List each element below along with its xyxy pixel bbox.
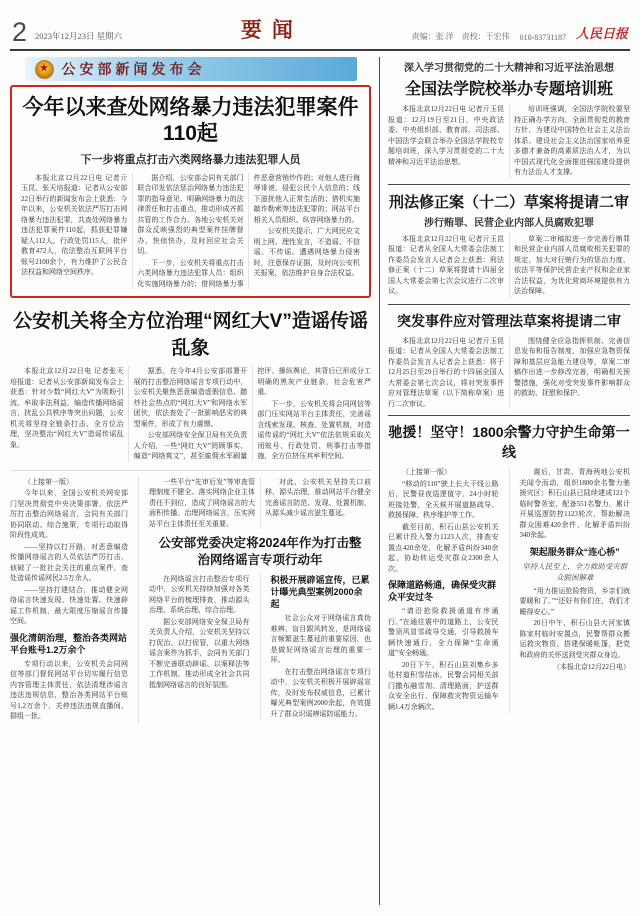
criminal-law-subtitle: 涉行贿罪、民营企业内部人员腐败犯罪	[388, 214, 630, 229]
peoples-daily-logo: 人民日报	[576, 23, 628, 42]
emergency-law-headline: 突发事件应对管理法草案将提请二审	[388, 311, 630, 331]
page-number: 2	[12, 22, 27, 44]
banner-label: 公安部新闻发布会	[62, 59, 206, 79]
bottom-col1-rest: 专项行动以来，公安机关会同网信等部门督促网站平台切实履行信息内容管理主体责任，依…	[10, 659, 128, 722]
bottom-colA: 在网络谣言打击整治专项行动中，公安机关持续加强对各类网络平台的梳理排查，推动源头…	[149, 574, 250, 720]
emergency-law-body: 本报北京12月22日电 记者亓玉昆报道：记者从全国人大常委会法制工作委员会发言人…	[388, 336, 630, 410]
rescue-columns: （上接第一版）“移动的110”驶上长大干线公路后，民警昼夜巡逻值守，24小时轮班…	[388, 467, 630, 713]
bottom-colB-subhead: 积极开展辟谣宣传，已累计曝光典型案例2000余起	[271, 574, 372, 610]
press-conference-banner: ★ 公安部新闻发布会	[25, 57, 357, 81]
article-criminal-law: 刑法修正案（十二）草案将提请二审 涉行贿罪、民营企业内部人员腐败犯罪 本报北京1…	[388, 184, 630, 304]
rescue-right-col: 震后，甘肃、青海两地公安机关闻令而动，组织1800余名警力驰援灾区；积石山县已陆…	[509, 467, 631, 713]
article-rescue: 驰援！坚守！1800余警力守护生命第一线 （上接第一版）“移动的110”驶上长大…	[388, 415, 630, 719]
contact-phone: 010-83731187	[520, 33, 566, 42]
page-header: 2 2023年12月23日 星期六 要闻 责编：张 洋 责校：于宏伟 010-8…	[10, 6, 630, 51]
lead-subtitle: 下一步将重点打击六类网络暴力违法犯罪人员	[21, 151, 360, 167]
bottom-colB: 积极开展辟谣宣传，已累计曝光典型案例2000余起 社会公众对于网络谣言真伪难辨、…	[260, 574, 372, 720]
article2-body: 本报北京12月22日电 记者张天培报道：记者从公安部新闻发布会上获悉：针对少数“…	[10, 366, 371, 462]
editor-credits: 责编：张 洋 责校：于宏伟	[412, 31, 510, 42]
header-left: 2 2023年12月23日 星期六	[12, 22, 122, 44]
bottom-right-wrap: 一些平台“先审后发”等审查管理制度不健全、落实网络企业主体责任不到位，造成了网络…	[138, 477, 371, 723]
bottom-col1-text: （上接第一版）今年以来，全国公安机关网安部门坚决贯彻党中央决策部署，依法严厉打击…	[10, 477, 128, 627]
rescue-right-lede: 坚持人民至上，全力救助受灾群众脱困解难	[520, 561, 631, 583]
bottom-colA-text: 在网络谣言打击整治专项行动中，公安机关持续加强对各类网络平台的梳理排查，推动源头…	[149, 574, 250, 691]
newspaper-page: 2 2023年12月23日 星期六 要闻 责编：张 洋 责校：于宏伟 010-8…	[0, 0, 640, 916]
publication-date: 2023年12月23日 星期六	[35, 30, 122, 44]
bottom-col1-subhead: 强化清朗治理，整治各类网站平台账号1.2万余个	[10, 632, 128, 656]
page-body: ★ 公安部新闻发布会 今年以来查处网络暴力违法犯罪案件110起 下一步将重点打击…	[10, 57, 630, 905]
article2-headline: 公安机关将全方位治理“网红大V”造谣传谣乱象	[10, 306, 371, 360]
law-schools-body: 本报北京12月22日电 记者亓玉昆报道：12月19日至21日，中央政法委、中央组…	[388, 104, 630, 178]
left-region: ★ 公安部新闻发布会 今年以来查处网络暴力违法犯罪案件110起 下一步将重点打击…	[10, 57, 379, 905]
rescue-left-text2: “请沿抢险救援通道有序通行。”在通往震中的道路上，公安民警顶风冒雪疏导交通，引导…	[388, 606, 499, 712]
bottom-col1: （上接第一版）今年以来，全国公安机关网安部门坚决贯彻党中央决策部署，依法严厉打击…	[10, 477, 128, 723]
criminal-law-body: 本报北京12月22日电 记者亓玉昆报道：记者从全国人大常委会法制工作委员会发言人…	[388, 234, 630, 298]
special-action-headline: 公安部党委决定将2024年作为打击整治网络谣言专项行动年	[157, 535, 363, 569]
rescue-right-text2: “用力推运抢险物资，乡亲们就要暖和了。”“还好有你们在，我们才睡得安心。”20日…	[520, 586, 631, 661]
right-region: 深入学习贯彻党的二十大精神和习近平法治思想 全国法学院校举办专题培训班 本报北京…	[379, 57, 630, 905]
rescue-endnote: （本报北京12月22日电）	[520, 662, 631, 672]
lead-body: 本报北京12月22日电 记者亓玉昆、张天培报道：记者从公安部22日举行的新闻发布…	[21, 173, 360, 290]
law-schools-headline: 全国法学院校举办专题培训班	[388, 76, 630, 99]
bottom-colB-text: 社会公众对于网络谣言真伪难辨、盲目跟风转发，是网络谣言频繁滋生蔓延的重要原因，也…	[271, 613, 372, 719]
bottom-upper-text: 一些平台“先审后发”等审查管理制度不健全、落实网络企业主体责任不到位，造成了网络…	[149, 477, 371, 530]
rescue-headline: 驰援！坚守！1800余警力守护生命第一线	[388, 422, 630, 462]
lead-headline: 今年以来查处网络暴力违法犯罪案件110起	[21, 95, 360, 148]
rescue-right-text: 震后，甘肃、青海两地公安机关闻令而动，组织1800余名警力驰援灾区；积石山县已陆…	[520, 467, 631, 541]
criminal-law-headline: 刑法修正案（十二）草案将提请二审	[388, 191, 630, 212]
article-emergency-law: 突发事件应对管理法草案将提请二审 本报北京12月22日电 记者亓玉昆报道：记者从…	[388, 304, 630, 416]
rescue-left-subhead: 保障道路畅通，确保受灾群众平安过冬	[388, 579, 499, 603]
rescue-left-text: （上接第一版）“移动的110”驶上长大干线公路后，民警昼夜巡逻值守，24小时轮班…	[388, 467, 499, 574]
article-law-schools: 深入学习贯彻党的二十大精神和习近平法治思想 全国法学院校举办专题培训班 本报北京…	[388, 57, 630, 184]
section-title: 要闻	[231, 14, 303, 44]
bottom-two-columns: 在网络谣言打击整治专项行动中，公安机关持续加强对各类网络平台的梳理排查，推动源头…	[149, 574, 371, 720]
rescue-left-col: （上接第一版）“移动的110”驶上长大干线公路后，民警昼夜巡逻值守，24小时轮班…	[388, 467, 499, 713]
police-emblem-icon: ★	[35, 60, 54, 79]
lead-article-box: 今年以来查处网络暴力违法犯罪案件110起 下一步将重点打击六类网络暴力违法犯罪人…	[10, 85, 371, 298]
rescue-right-subhead: 架起服务群众“连心桥”	[520, 546, 631, 558]
header-right: 责编：张 洋 责校：于宏伟 010-83731187 人民日报	[412, 23, 628, 44]
bottom-region: （上接第一版）今年以来，全国公安机关网安部门坚决贯彻党中央决策部署，依法严厉打击…	[10, 470, 371, 723]
law-schools-kicker: 深入学习贯彻党的二十大精神和习近平法治思想	[388, 59, 630, 74]
